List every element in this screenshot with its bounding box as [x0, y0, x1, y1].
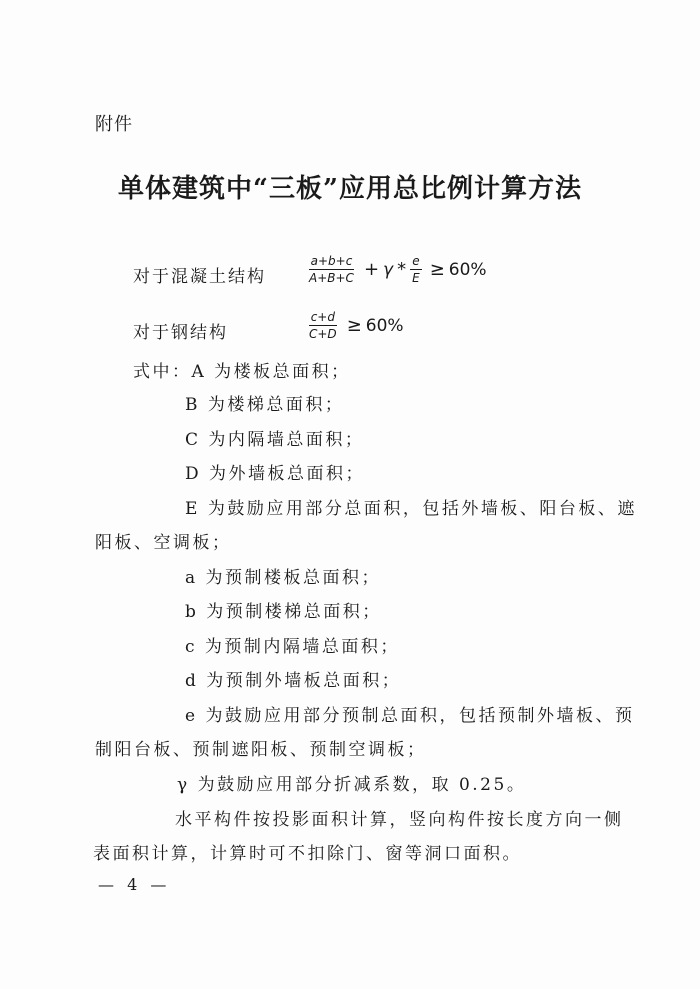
definition-line: 制阳台板、预制遮阳板、预制空调板； [95, 735, 427, 760]
fraction-denominator: C+D [307, 326, 339, 341]
definition-line: γ 为鼓励应用部分折减系数，取 0.25。 [177, 770, 526, 795]
definition-line: d 为预制外墙板总面积； [185, 666, 401, 691]
fraction-denominator: E [410, 270, 422, 285]
document-title: 单体建筑中“三板”应用总比例计算方法 [0, 168, 700, 205]
fraction-numerator: c+d [309, 310, 337, 326]
definition-line: b 为预制楼梯总面积； [185, 597, 382, 622]
concrete-formula: a+b+c A+B+C + γ * e E ≥ 60% [307, 254, 487, 285]
definition-line: E 为鼓励应用部分总面积，包括外墙板、阳台板、遮 [185, 494, 637, 519]
fraction-numerator: e [410, 254, 421, 270]
definition-line: 阳板、空调板； [95, 528, 232, 553]
plus-sign: + [364, 259, 379, 280]
note-line: 水平构件按投影面积计算，竖向构件按长度方向一侧 [175, 805, 624, 830]
steel-structure-label: 对于钢结构 [133, 318, 228, 343]
definition-line: B 为楼梯总面积； [185, 390, 344, 415]
greater-equal-sign: ≥ [347, 315, 362, 336]
steel-formula: c+d C+D ≥ 60% [307, 310, 404, 341]
fraction-numerator: a+b+c [309, 254, 355, 270]
definition-line: c 为预制内隔墙总面积； [185, 632, 400, 657]
gamma-symbol: γ [383, 260, 393, 280]
definition-line: C 为内隔墙总面积； [185, 425, 364, 450]
fraction-denominator: A+B+C [307, 270, 356, 285]
definition-line: D 为外墙板总面积； [185, 459, 365, 484]
definition-line: e 为鼓励应用部分预制总面积，包括预制外墙板、预 [185, 701, 634, 726]
fraction-steel-ratio: c+d C+D [307, 310, 339, 341]
multiply-sign: * [397, 259, 406, 280]
concrete-structure-label: 对于混凝土结构 [133, 262, 266, 287]
fraction-prefab-ratio: a+b+c A+B+C [307, 254, 356, 285]
fraction-encouraged-ratio: e E [410, 254, 422, 285]
page-number: — 4 — [98, 875, 170, 894]
attachment-label: 附件 [95, 110, 133, 136]
threshold-value: 60% [366, 316, 404, 336]
definition-line: 式中：A 为楼板总面积； [133, 357, 351, 382]
greater-equal-sign: ≥ [430, 259, 445, 280]
threshold-value: 60% [449, 260, 487, 280]
definition-line: a 为预制楼板总面积； [185, 563, 381, 588]
note-line: 表面积计算，计算时可不扣除门、窗等洞口面积。 [93, 839, 522, 864]
